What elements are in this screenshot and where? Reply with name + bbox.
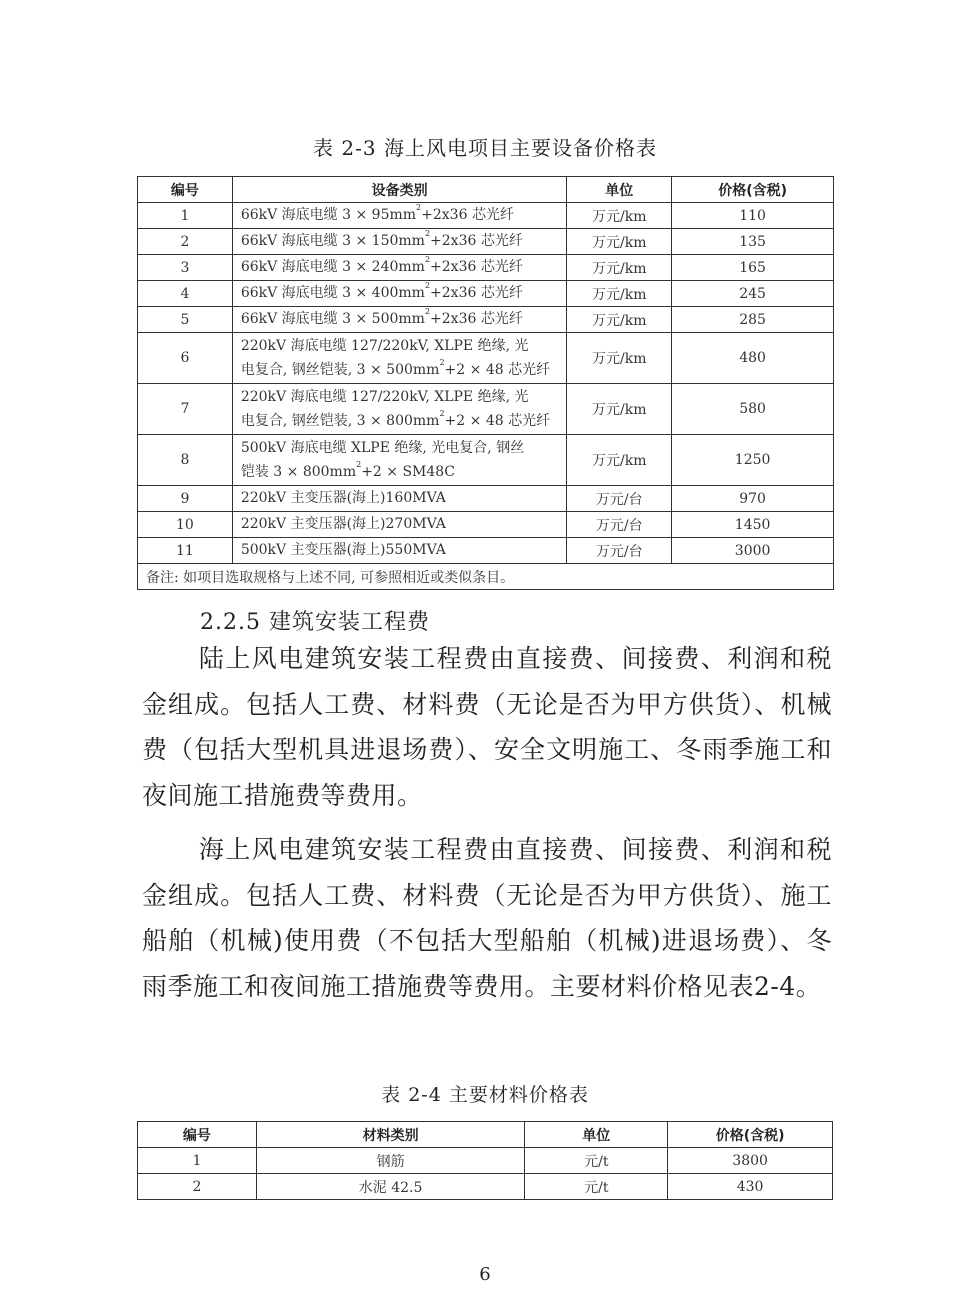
cell-unit: 万元/台 — [567, 512, 672, 538]
table-row: 3 66kV 海底电缆 3 × 240mm2+2x36 芯光纤 万元/km 16… — [138, 255, 834, 281]
cell-category: 500kV 主变压器(海上)550MVA — [232, 538, 567, 564]
cell-price: 1450 — [672, 512, 834, 538]
cell-unit: 万元/km — [567, 203, 672, 229]
cell-no: 11 — [138, 538, 233, 564]
table-row: 2 66kV 海底电缆 3 × 150mm2+2x36 芯光纤 万元/km 13… — [138, 229, 834, 255]
cell-no: 8 — [138, 435, 233, 486]
table-note: 备注: 如项目选取规格与上述不同, 可参照相近或类似条目。 — [138, 564, 834, 590]
cell-category: 220kV 海底电缆 127/220kV, XLPE 绝缘, 光电复合, 钢丝铠… — [232, 384, 567, 435]
cell-unit: 万元/km — [567, 307, 672, 333]
cell-no: 3 — [138, 255, 233, 281]
table-row: 4 66kV 海底电缆 3 × 400mm2+2x36 芯光纤 万元/km 24… — [138, 281, 834, 307]
cell-price: 480 — [672, 333, 834, 384]
cell-price: 245 — [672, 281, 834, 307]
header-unit: 单位 — [567, 177, 672, 203]
header-no: 编号 — [138, 177, 233, 203]
material-price-table: 编号 材料类别 单位 价格(含税) 1 钢筋 元/t 3800 2 水泥 42.… — [137, 1121, 833, 1200]
cell-unit: 万元/km — [567, 281, 672, 307]
cell-category: 66kV 海底电缆 3 × 500mm2+2x36 芯光纤 — [232, 307, 567, 333]
header-no: 编号 — [138, 1122, 257, 1148]
cell-no: 7 — [138, 384, 233, 435]
cell-price: 580 — [672, 384, 834, 435]
header-unit: 单位 — [525, 1122, 668, 1148]
header-category: 设备类别 — [232, 177, 567, 203]
cell-category: 66kV 海底电缆 3 × 400mm2+2x36 芯光纤 — [232, 281, 567, 307]
table-row: 10 220kV 主变压器(海上)270MVA 万元/台 1450 — [138, 512, 834, 538]
header-material: 材料类别 — [256, 1122, 525, 1148]
cell-unit: 万元/km — [567, 229, 672, 255]
cell-no: 9 — [138, 486, 233, 512]
header-price: 价格(含税) — [672, 177, 834, 203]
header-price: 价格(含税) — [668, 1122, 833, 1148]
cell-price: 430 — [668, 1174, 833, 1200]
paragraph-onshore: 陆上风电建筑安装工程费由直接费、间接费、利润和税金组成。包括人工费、材料费（无论… — [142, 636, 832, 818]
cell-no: 4 — [138, 281, 233, 307]
cell-price: 3000 — [672, 538, 834, 564]
cell-unit: 元/t — [525, 1174, 668, 1200]
cell-no: 1 — [138, 203, 233, 229]
table-header-row: 编号 设备类别 单位 价格(含税) — [138, 177, 834, 203]
cell-category: 220kV 主变压器(海上)270MVA — [232, 512, 567, 538]
table-row: 7 220kV 海底电缆 127/220kV, XLPE 绝缘, 光电复合, 钢… — [138, 384, 834, 435]
cell-no: 1 — [138, 1148, 257, 1174]
document-page: 表 2-3 海上风电项目主要设备价格表 编号 设备类别 单位 价格(含税) 1 … — [0, 0, 970, 1302]
cell-material: 钢筋 — [256, 1148, 525, 1174]
table-row: 6 220kV 海底电缆 127/220kV, XLPE 绝缘, 光电复合, 钢… — [138, 333, 834, 384]
table-row: 8 500kV 海底电缆 XLPE 绝缘, 光电复合, 钢丝铠装 3 × 800… — [138, 435, 834, 486]
page-number: 6 — [0, 1264, 970, 1285]
cell-unit: 万元/km — [567, 435, 672, 486]
cell-price: 970 — [672, 486, 834, 512]
cell-unit: 万元/台 — [567, 538, 672, 564]
table-row: 5 66kV 海底电缆 3 × 500mm2+2x36 芯光纤 万元/km 28… — [138, 307, 834, 333]
table-row: 11 500kV 主变压器(海上)550MVA 万元/台 3000 — [138, 538, 834, 564]
cell-category: 220kV 主变压器(海上)160MVA — [232, 486, 567, 512]
cell-no: 2 — [138, 1174, 257, 1200]
table-2-3-caption: 表 2-3 海上风电项目主要设备价格表 — [0, 132, 970, 161]
table-header-row: 编号 材料类别 单位 价格(含税) — [138, 1122, 833, 1148]
cell-no: 5 — [138, 307, 233, 333]
cell-unit: 万元/km — [567, 333, 672, 384]
table-row: 1 66kV 海底电缆 3 × 95mm2+2x36 芯光纤 万元/km 110 — [138, 203, 834, 229]
equipment-price-table: 编号 设备类别 单位 价格(含税) 1 66kV 海底电缆 3 × 95mm2+… — [137, 176, 834, 590]
table-note-row: 备注: 如项目选取规格与上述不同, 可参照相近或类似条目。 — [138, 564, 834, 590]
cell-price: 165 — [672, 255, 834, 281]
cell-category: 66kV 海底电缆 3 × 150mm2+2x36 芯光纤 — [232, 229, 567, 255]
cell-material: 水泥 42.5 — [256, 1174, 525, 1200]
cell-unit: 万元/km — [567, 255, 672, 281]
cell-category: 66kV 海底电缆 3 × 95mm2+2x36 芯光纤 — [232, 203, 567, 229]
cell-no: 2 — [138, 229, 233, 255]
cell-price: 110 — [672, 203, 834, 229]
cell-unit: 万元/km — [567, 384, 672, 435]
table-row: 2 水泥 42.5 元/t 430 — [138, 1174, 833, 1200]
cell-price: 285 — [672, 307, 834, 333]
cell-no: 6 — [138, 333, 233, 384]
cell-no: 10 — [138, 512, 233, 538]
table-2-4-caption: 表 2-4 主要材料价格表 — [0, 1080, 970, 1107]
cell-unit: 万元/台 — [567, 486, 672, 512]
cell-category: 500kV 海底电缆 XLPE 绝缘, 光电复合, 钢丝铠装 3 × 800mm… — [232, 435, 567, 486]
cell-category: 220kV 海底电缆 127/220kV, XLPE 绝缘, 光电复合, 钢丝铠… — [232, 333, 567, 384]
cell-price: 3800 — [668, 1148, 833, 1174]
cell-unit: 元/t — [525, 1148, 668, 1174]
table-row: 1 钢筋 元/t 3800 — [138, 1148, 833, 1174]
paragraph-offshore: 海上风电建筑安装工程费由直接费、间接费、利润和税金组成。包括人工费、材料费（无论… — [142, 827, 832, 1009]
table-row: 9 220kV 主变压器(海上)160MVA 万元/台 970 — [138, 486, 834, 512]
cell-category: 66kV 海底电缆 3 × 240mm2+2x36 芯光纤 — [232, 255, 567, 281]
cell-price: 135 — [672, 229, 834, 255]
section-heading: 2.2.5 建筑安装工程费 — [200, 605, 430, 636]
cell-price: 1250 — [672, 435, 834, 486]
